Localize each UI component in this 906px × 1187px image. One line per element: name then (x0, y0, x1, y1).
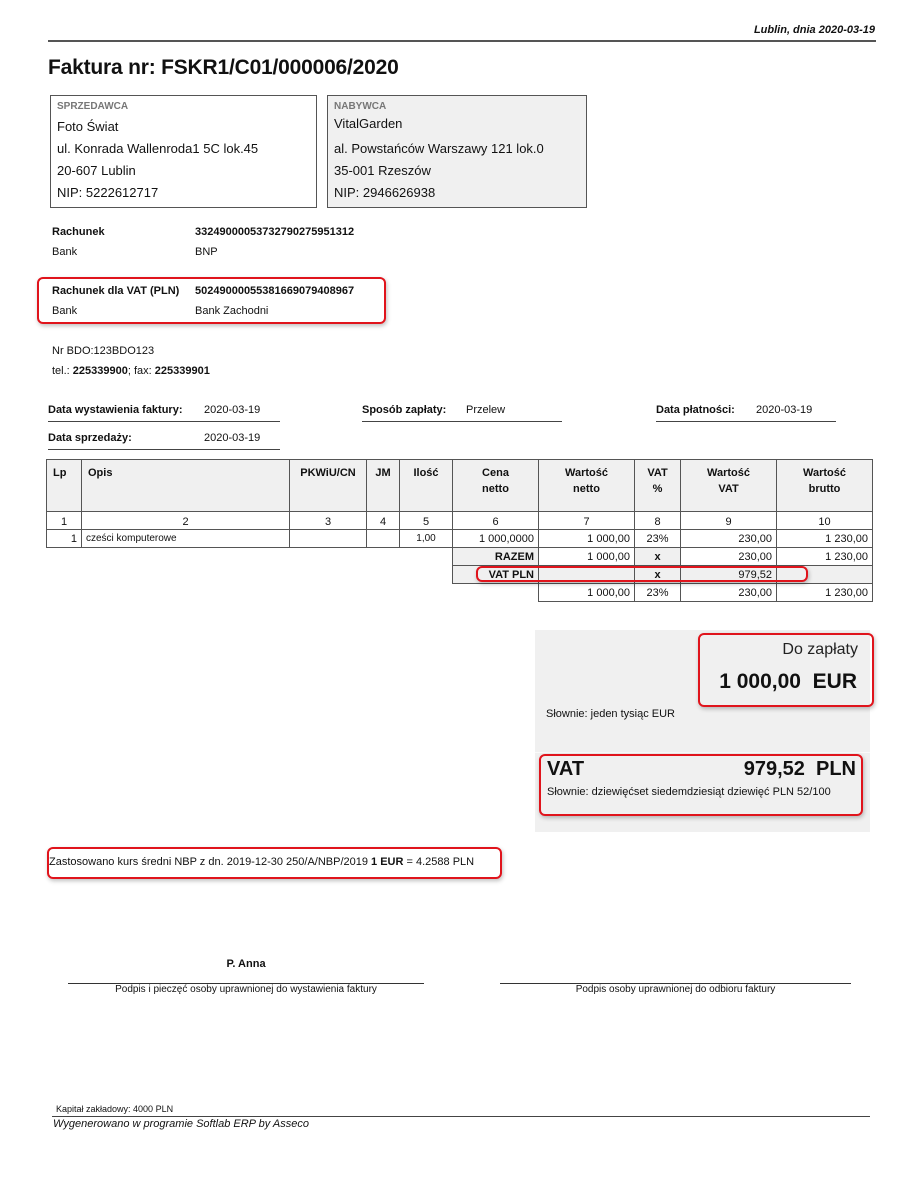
exchange-rate-unit: 1 EUR (371, 856, 403, 868)
col-number: 6 (453, 512, 539, 530)
col-number: 2 (82, 512, 290, 530)
col-number: 8 (635, 512, 681, 530)
contact-phone-fax: tel.: 225339900; fax: 225339901 (52, 365, 210, 377)
payment-date-label: Data płatności: (656, 404, 735, 416)
cell-vat-pct: 23% (635, 530, 681, 548)
exchange-rate-note: Zastosowano kurs średni NBP z dn. 2019-1… (49, 856, 474, 868)
footer-rule (52, 1116, 870, 1117)
to-pay-amount: 1 000,00 EUR (719, 670, 857, 694)
col-number: 1 (47, 512, 82, 530)
razem-wartosc-brutto: 1 230,00 (777, 548, 873, 566)
table-header-row: Lp Opis PKWiU/CN JM Ilość Cenanetto Wart… (47, 460, 873, 512)
exchange-rate-value: = 4.2588 PLN (403, 856, 474, 868)
col-header-lp: Lp (47, 460, 82, 512)
breakdown-wartosc-vat: 230,00 (681, 584, 777, 602)
fax-number: 225339901 (155, 365, 210, 377)
cell-wartosc-brutto: 1 230,00 (777, 530, 873, 548)
col-number: 7 (539, 512, 635, 530)
buyer-nip: NIP: 2946626938 (334, 182, 580, 204)
cell-jm (367, 530, 400, 548)
table-row: 1 cześci komputerowe 1,00 1 000,0000 1 0… (47, 530, 873, 548)
to-pay-words: Słownie: jeden tysiąc EUR (546, 708, 675, 720)
issue-date-value: 2020-03-19 (204, 404, 260, 416)
payment-method-label: Sposób zapłaty: (362, 404, 446, 416)
sale-date-value: 2020-03-19 (204, 432, 260, 444)
col-number: 10 (777, 512, 873, 530)
col-header-pkwiu: PKWiU/CN (290, 460, 367, 512)
sale-date-field: Data sprzedaży: 2020-03-19 (48, 432, 280, 450)
seller-name: Foto Świat (57, 116, 310, 138)
bank-name: BNP (195, 242, 218, 262)
receiver-signature-caption: Podpis osoby uprawnionej do odbioru fakt… (500, 984, 851, 995)
razem-vat-pct: x (635, 548, 681, 566)
seller-box: SPRZEDAWCA Foto Świat ul. Konrada Wallen… (50, 95, 317, 208)
col-number: 9 (681, 512, 777, 530)
col-header-vat-pct: VAT% (635, 460, 681, 512)
buyer-street: al. Powstańców Warszawy 121 lok.0 (334, 138, 580, 160)
vat-bank-name: Bank Zachodni (195, 301, 268, 321)
seller-label: SPRZEDAWCA (57, 100, 310, 114)
issue-date-field: Data wystawienia faktury: 2020-03-19 (48, 404, 280, 422)
payment-method-value: Przelew (466, 404, 505, 416)
buyer-box: NABYWCA VitalGarden al. Powstańców Warsz… (327, 95, 587, 208)
col-header-jm: JM (367, 460, 400, 512)
vat-summary-words: Słownie: dziewięćset siedemdziesiąt dzie… (547, 786, 831, 798)
vat-breakdown-row: 1 000,00 23% 230,00 1 230,00 (47, 584, 873, 602)
issue-date-label: Data wystawienia faktury: (48, 404, 183, 416)
exchange-rate-prefix: Zastosowano kurs średni NBP z dn. 2019-1… (49, 856, 371, 868)
seller-street: ul. Konrada Wallenroda1 5C lok.45 (57, 138, 310, 160)
buyer-city: 35-001 Rzeszów (334, 160, 580, 182)
breakdown-vat-pct: 23% (635, 584, 681, 602)
account-number: 33249000053732790275951312 (195, 222, 354, 242)
razem-wartosc-netto: 1 000,00 (539, 548, 635, 566)
fax-label: ; fax: (128, 365, 155, 377)
seller-nip: NIP: 5222612717 (57, 182, 310, 204)
cell-lp: 1 (47, 530, 82, 548)
issuer-name: P. Anna (68, 958, 424, 970)
cell-cena-netto: 1 000,0000 (453, 530, 539, 548)
col-header-opis: Opis (82, 460, 290, 512)
payment-date-value: 2020-03-19 (756, 404, 812, 416)
col-header-wartosc-vat: WartośćVAT (681, 460, 777, 512)
payment-date-field: Data płatności: 2020-03-19 (656, 404, 836, 422)
col-number: 4 (367, 512, 400, 530)
share-capital: Kapitał zakładowy: 4000 PLN (56, 1104, 173, 1114)
invoice-title: Faktura nr: FSKR1/C01/000006/2020 (48, 56, 399, 80)
vat-account-label: Rachunek dla VAT (PLN) (52, 281, 179, 301)
col-number: 3 (290, 512, 367, 530)
vat-summary-amount: 979,52 PLN (744, 758, 856, 781)
bdo-number: Nr BDO:123BDO123 (52, 345, 154, 357)
cell-pkwiu (290, 530, 367, 548)
vat-bank-label: Bank (52, 301, 77, 321)
to-pay-label: Do zapłaty (782, 641, 858, 659)
bank-account-main: Rachunek 33249000053732790275951312 Bank… (52, 222, 392, 262)
col-number: 5 (400, 512, 453, 530)
breakdown-wartosc-brutto: 1 230,00 (777, 584, 873, 602)
cell-wartosc-vat: 230,00 (681, 530, 777, 548)
tel-number: 225339900 (73, 365, 128, 377)
issuer-signature-caption: Podpis i pieczęć osoby uprawnionej do wy… (68, 984, 424, 995)
buyer-name: VitalGarden (334, 116, 580, 132)
buyer-label: NABYWCA (334, 100, 580, 114)
generated-by: Wygenerowano w programie Softlab ERP by … (53, 1118, 309, 1130)
account-label: Rachunek (52, 222, 105, 242)
cell-ilosc: 1,00 (400, 530, 453, 548)
vat-account-number: 50249000055381669079408967 (195, 281, 354, 301)
tel-label: tel.: (52, 365, 73, 377)
razem-row: RAZEM 1 000,00 x 230,00 1 230,00 (47, 548, 873, 566)
cell-opis: cześci komputerowe (82, 530, 290, 548)
razem-label: RAZEM (453, 548, 539, 566)
breakdown-wartosc-netto: 1 000,00 (539, 584, 635, 602)
razem-wartosc-vat: 230,00 (681, 548, 777, 566)
seller-city: 20-607 Lublin (57, 160, 310, 182)
col-header-wartosc-netto: Wartośćnetto (539, 460, 635, 512)
bank-label: Bank (52, 242, 77, 262)
sale-date-label: Data sprzedaży: (48, 432, 132, 444)
header-rule (48, 40, 876, 42)
vat-pln-highlight (476, 566, 808, 582)
vat-summary-label: VAT (547, 758, 584, 781)
payment-method-field: Sposób zapłaty: Przelew (362, 404, 562, 422)
column-numbers-row: 1 2 3 4 5 6 7 8 9 10 (47, 512, 873, 530)
col-header-cena-netto: Cenanetto (453, 460, 539, 512)
bank-account-vat: Rachunek dla VAT (PLN) 50249000055381669… (52, 281, 392, 321)
col-header-wartosc-brutto: Wartośćbrutto (777, 460, 873, 512)
summary-divider (535, 752, 870, 753)
city-date: Lublin, dnia 2020-03-19 (600, 24, 875, 36)
cell-wartosc-netto: 1 000,00 (539, 530, 635, 548)
col-header-ilosc: Ilość (400, 460, 453, 512)
